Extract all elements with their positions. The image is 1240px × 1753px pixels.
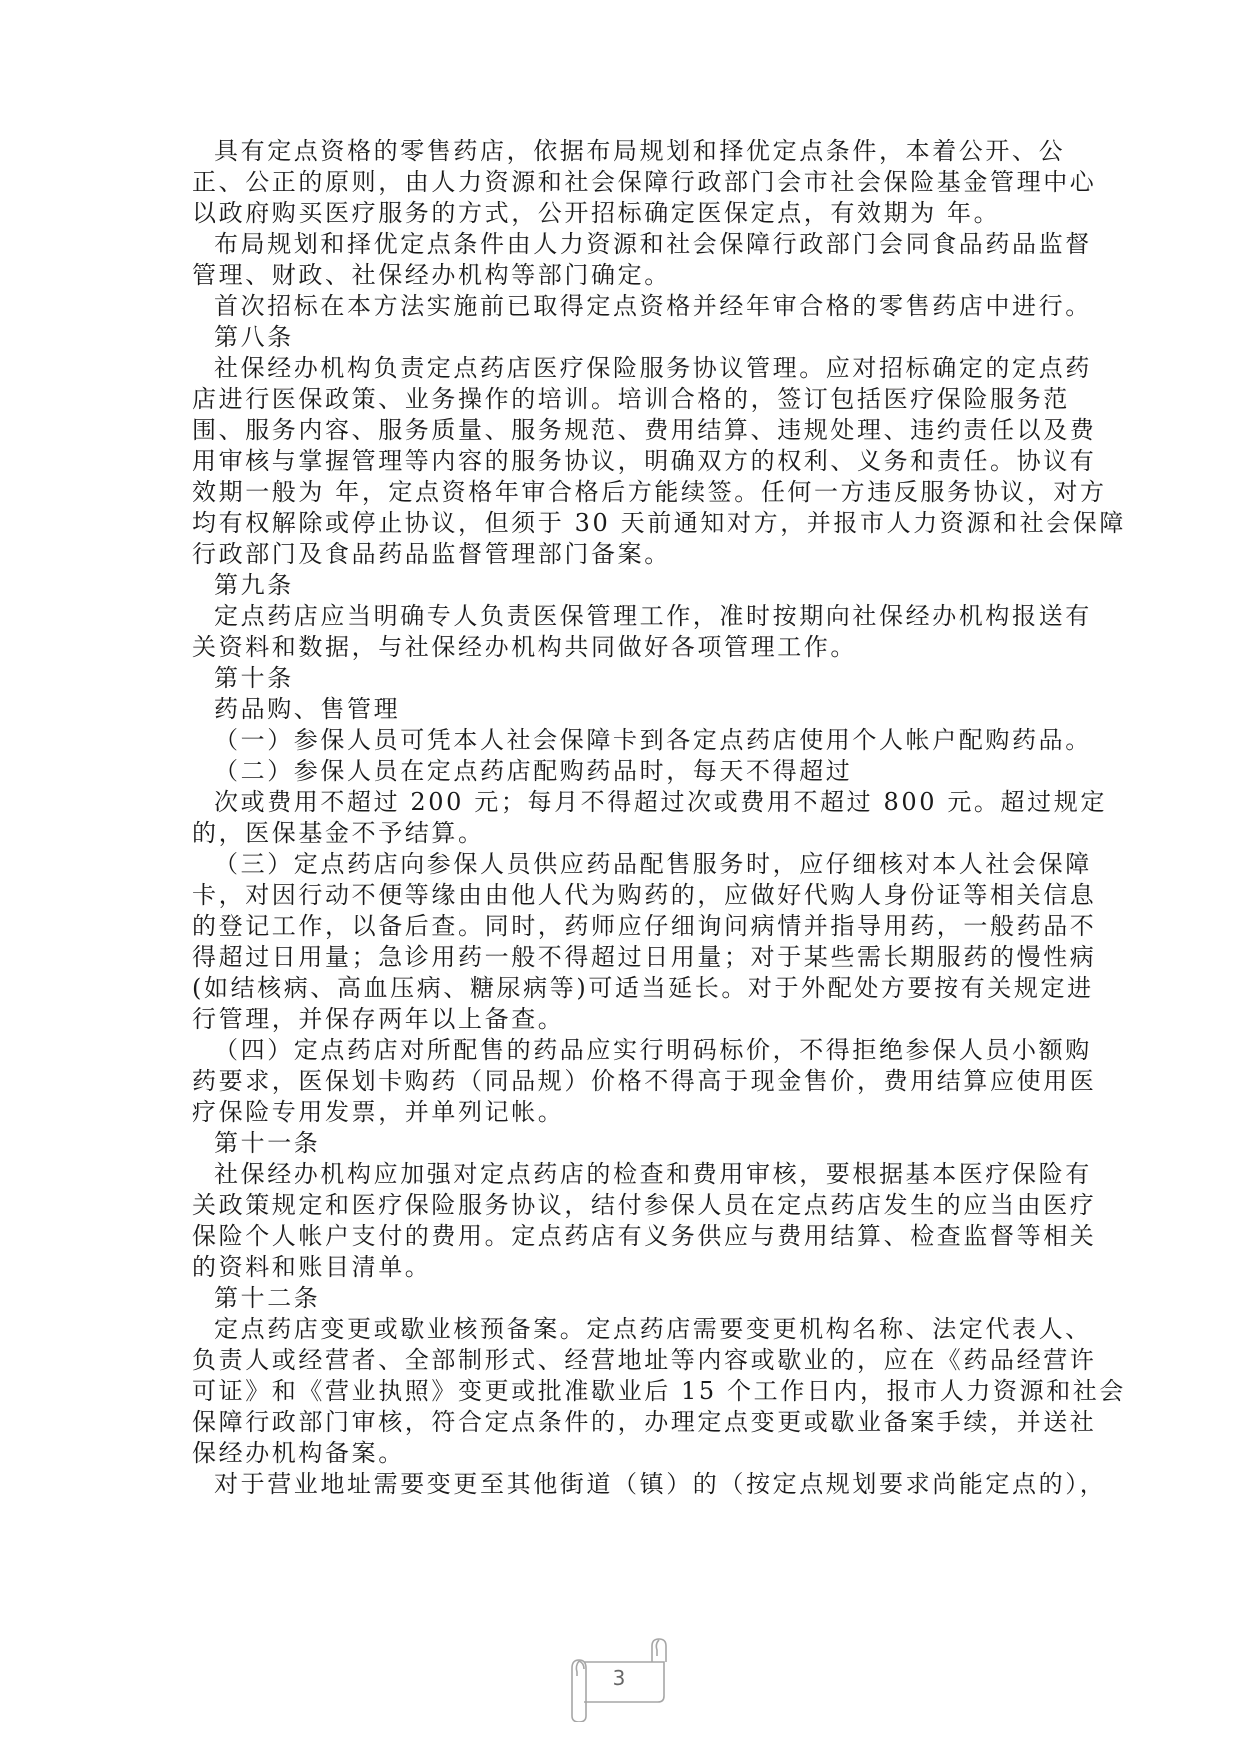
document-body: 具有定点资格的零售药店，依据布局规划和择优定点条件，本着公开、公 正、公正的原则…	[192, 136, 1054, 1500]
paragraph-line: 效期一般为 年，定点资格年审合格后方能续签。任何一方违反服务协议，对方	[192, 477, 1054, 508]
paragraph-line: 以政府购买医疗服务的方式，公开招标确定医保定点，有效期为 年。	[192, 198, 1054, 229]
article-heading: 第十二条	[192, 1283, 1054, 1314]
paragraph-line: 可证》和《营业执照》变更或批准歇业后 15 个工作日内，报市人力资源和社会	[192, 1376, 1054, 1407]
paragraph-line: 用审核与掌握管理等内容的服务协议，明确双方的权利、义务和责任。协议有	[192, 446, 1054, 477]
paragraph-line: 正、公正的原则，由人力资源和社会保障行政部门会市社会保险基金管理中心	[192, 167, 1054, 198]
paragraph-line: 围、服务内容、服务质量、服务规范、费用结算、违规处理、违约责任以及费	[192, 415, 1054, 446]
list-item: （二）参保人员在定点药店配购药品时，每天不得超过	[192, 756, 1054, 787]
article-heading: 第十条	[192, 663, 1054, 694]
paragraph-line: 关政策规定和医疗保险服务协议，结付参保人员在定点药店发生的应当由医疗	[192, 1190, 1054, 1221]
paragraph-line: 店进行医保政策、业务操作的培训。培训合格的，签订包括医疗保险服务范	[192, 384, 1054, 415]
list-item: （四）定点药店对所配售的药品应实行明码标价，不得拒绝参保人员小额购	[192, 1035, 1054, 1066]
page-number: 3	[564, 1666, 674, 1690]
paragraph-line: 行政部门及食品药品监督管理部门备案。	[192, 539, 1054, 570]
paragraph-line: 社保经办机构负责定点药店医疗保险服务协议管理。应对招标确定的定点药	[192, 353, 1054, 384]
paragraph-line: (如结核病、高血压病、糖尿病等)可适当延长。对于外配处方要按有关规定进	[192, 973, 1054, 1004]
article-heading: 第十一条	[192, 1128, 1054, 1159]
paragraph-line: 的，医保基金不予结算。	[192, 818, 1054, 849]
paragraph-line: 定点药店应当明确专人负责医保管理工作，准时按期向社保经办机构报送有	[192, 601, 1054, 632]
article-heading: 第九条	[192, 570, 1054, 601]
paragraph-line: 保障行政部门审核，符合定点条件的，办理定点变更或歇业备案手续，并送社	[192, 1407, 1054, 1438]
paragraph-line: 保经办机构备案。	[192, 1438, 1054, 1469]
paragraph-line: 具有定点资格的零售药店，依据布局规划和择优定点条件，本着公开、公	[192, 136, 1054, 167]
paragraph-line: 社保经办机构应加强对定点药店的检查和费用审核，要根据基本医疗保险有	[192, 1159, 1054, 1190]
page-number-footer: 3	[564, 1636, 684, 1722]
article-heading: 第八条	[192, 322, 1054, 353]
paragraph-line: 负责人或经营者、全部制形式、经营地址等内容或歇业的，应在《药品经营许	[192, 1345, 1054, 1376]
paragraph-line: 关资料和数据，与社保经办机构共同做好各项管理工作。	[192, 632, 1054, 663]
paragraph-line: 均有权解除或停止协议，但须于 30 天前通知对方，并报市人力资源和社会保障	[192, 508, 1054, 539]
paragraph-line: 首次招标在本方法实施前已取得定点资格并经年审合格的零售药店中进行。	[192, 291, 1054, 322]
paragraph-line: 卡，对因行动不便等缘由由他人代为购药的，应做好代购人身份证等相关信息	[192, 880, 1054, 911]
paragraph-line: 行管理，并保存两年以上备查。	[192, 1004, 1054, 1035]
paragraph-line: 定点药店变更或歇业核预备案。定点药店需要变更机构名称、法定代表人、	[192, 1314, 1054, 1345]
paragraph-line: 的登记工作，以备后查。同时，药师应仔细询问病情并指导用药，一般药品不	[192, 911, 1054, 942]
paragraph-line: 药要求，医保划卡购药（同品规）价格不得高于现金售价，费用结算应使用医	[192, 1066, 1054, 1097]
section-subheading: 药品购、售管理	[192, 694, 1054, 725]
list-item: （一）参保人员可凭本人社会保障卡到各定点药店使用个人帐户配购药品。	[192, 725, 1054, 756]
paragraph-line: 的资料和账目清单。	[192, 1252, 1054, 1283]
paragraph-line: 得超过日用量；急诊用药一般不得超过日用量；对于某些需长期服药的慢性病	[192, 942, 1054, 973]
paragraph-line: 保险个人帐户支付的费用。定点药店有义务供应与费用结算、检查监督等相关	[192, 1221, 1054, 1252]
paragraph-line: 疗保险专用发票，并单列记帐。	[192, 1097, 1054, 1128]
list-item: （三）定点药店向参保人员供应药品配售服务时，应仔细核对本人社会保障	[192, 849, 1054, 880]
paragraph-line: 布局规划和择优定点条件由人力资源和社会保障行政部门会同食品药品监督	[192, 229, 1054, 260]
paragraph-line: 管理、财政、社保经办机构等部门确定。	[192, 260, 1054, 291]
paragraph-line: 次或费用不超过 200 元；每月不得超过次或费用不超过 800 元。超过规定	[192, 787, 1054, 818]
paragraph-line: 对于营业地址需要变更至其他街道（镇）的（按定点规划要求尚能定点的），	[192, 1469, 1054, 1500]
